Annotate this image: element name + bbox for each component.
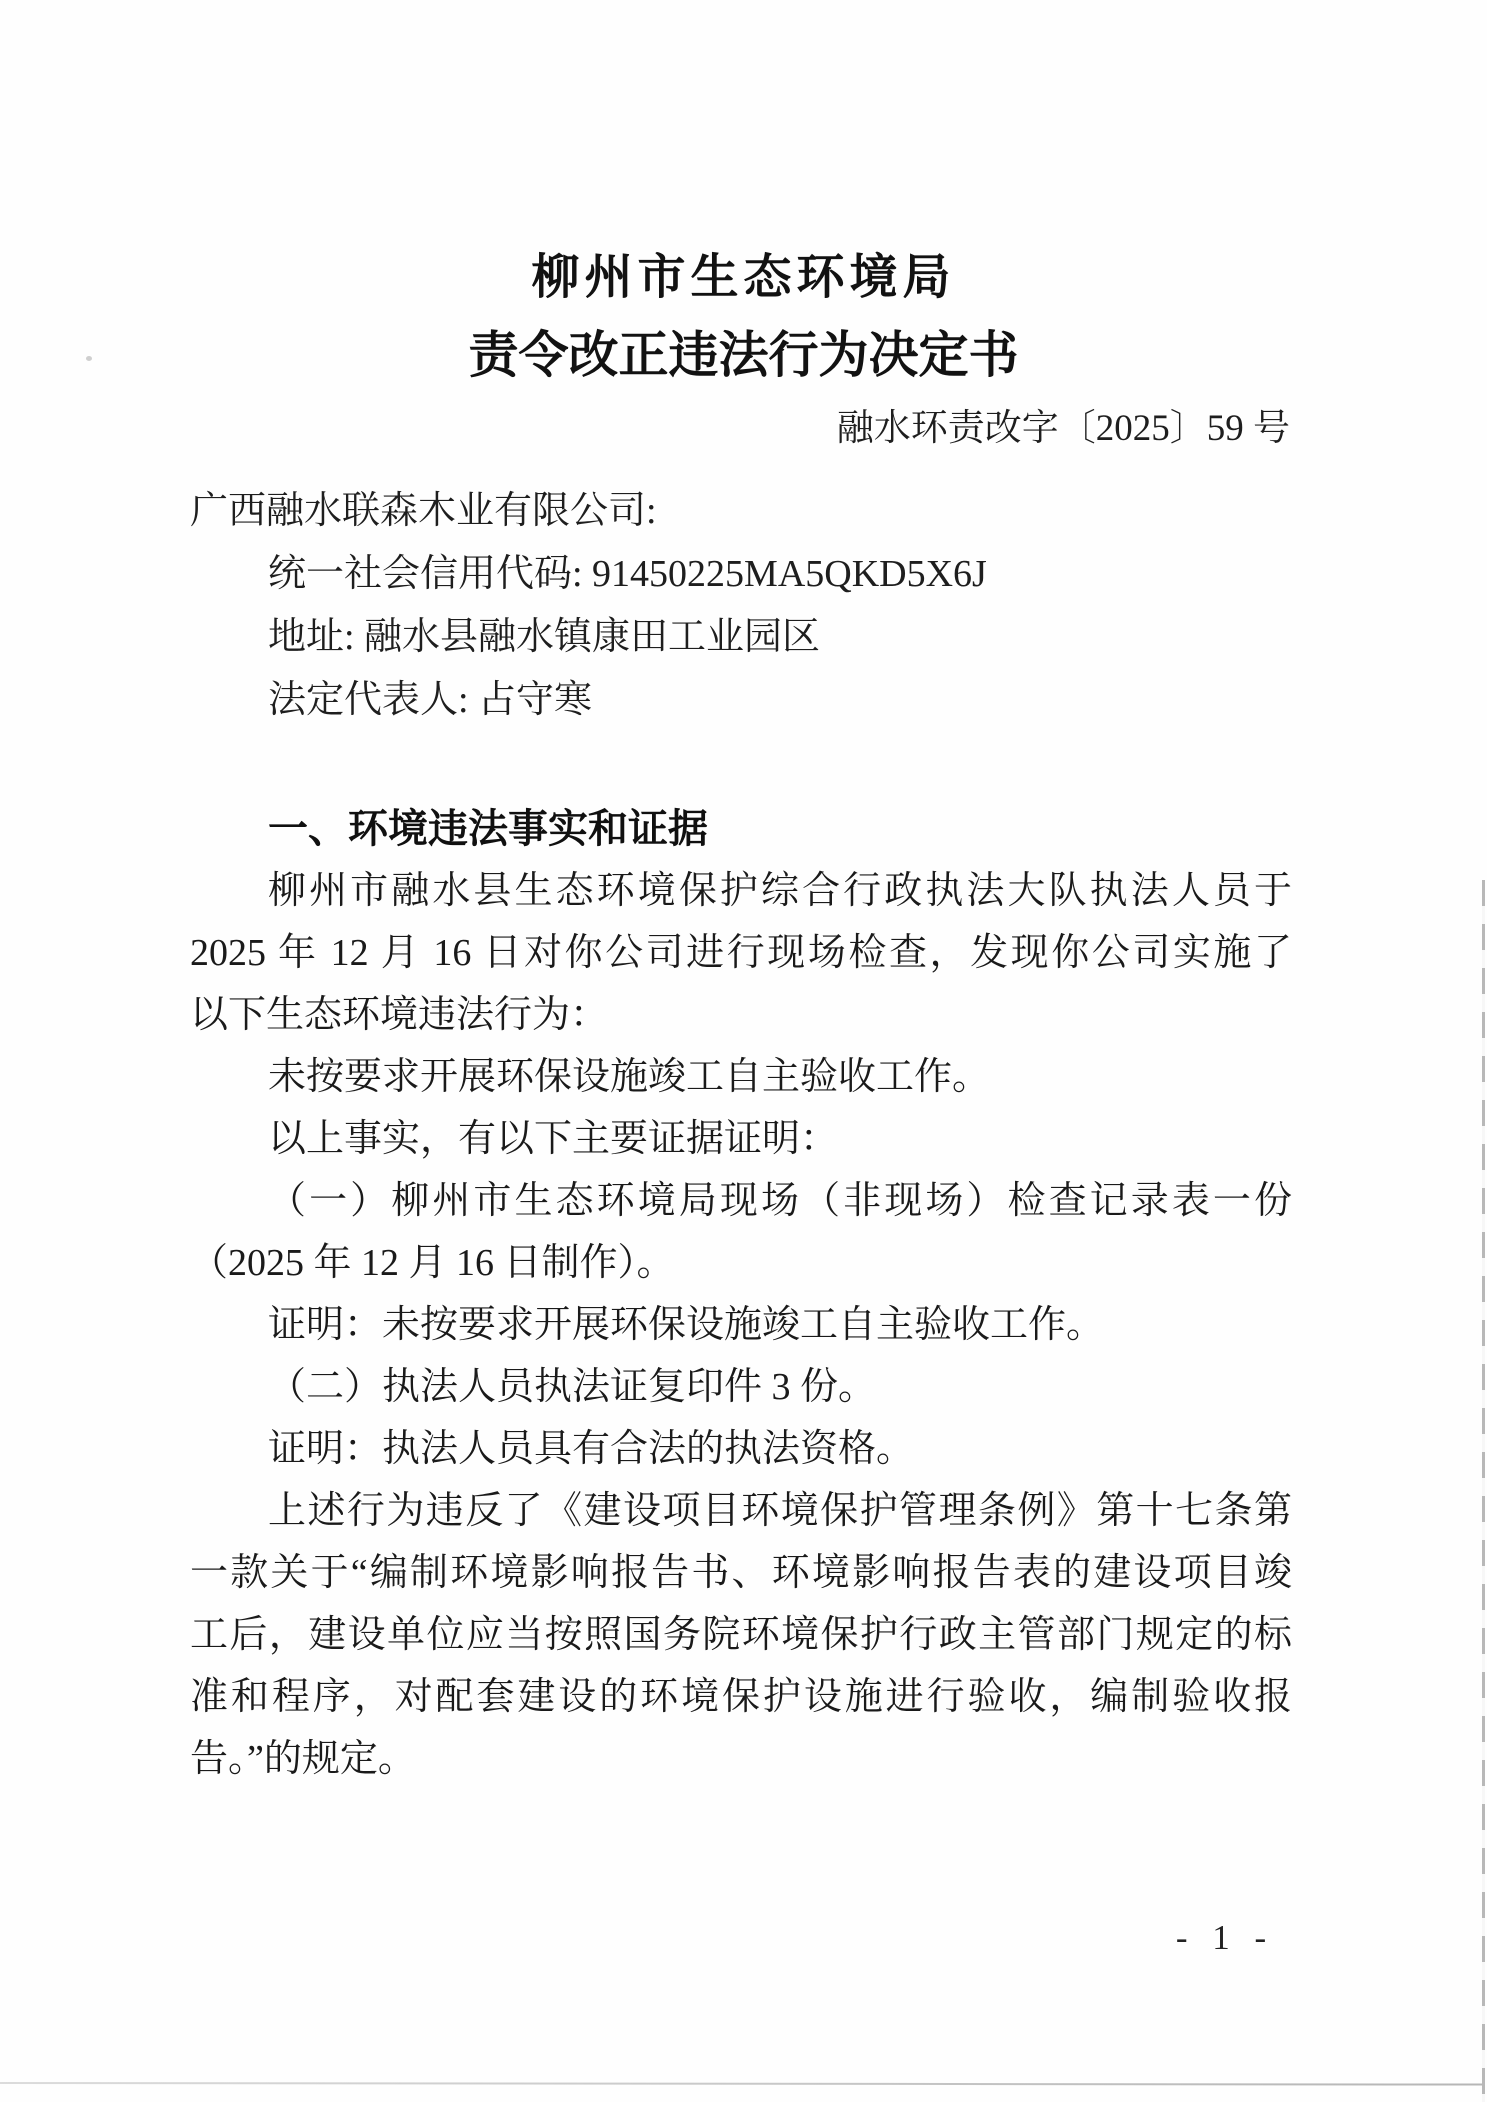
- document-number: 融水环责改字〔2025〕59 号: [190, 406, 1300, 452]
- body-line: 以上事实，有以下主要证据证明：: [190, 1108, 1292, 1170]
- page-number: - 1 -: [1155, 1916, 1295, 1960]
- body-line: 一款关于“编制环境影响报告书、环境影响报告表的建设项目竣: [190, 1542, 1292, 1604]
- body-line: 准和程序，对配套建设的环境保护设施进行验收，编制验收报: [190, 1666, 1292, 1728]
- body-line: （二）执法人员执法证复印件 3 份。: [190, 1356, 1292, 1418]
- document-title-line1: 柳州市生态环境局: [0, 238, 1487, 316]
- body-line: （一）柳州市生态环境局现场（非现场）检查记录表一份: [190, 1170, 1292, 1232]
- document-page: 柳州市生态环境局 责令改正违法行为决定书 融水环责改字〔2025〕59 号 广西…: [0, 0, 1487, 2102]
- body-line: 证明：执法人员具有合法的执法资格。: [190, 1418, 1292, 1480]
- scan-edge-vertical-line: [1482, 880, 1485, 2102]
- recipient-block: 广西融水联森木业有限公司: 统一社会信用代码: 91450225MA5QKD5X…: [190, 480, 1300, 732]
- body-line: 柳州市融水县生态环境保护综合行政执法大队执法人员于: [190, 860, 1292, 922]
- body-line: 上述行为违反了《建设项目环境保护管理条例》第十七条第: [190, 1480, 1292, 1542]
- recipient-legal-representative: 法定代表人: 占守寒: [190, 669, 1300, 732]
- document-header: 柳州市生态环境局 责令改正违法行为决定书: [0, 238, 1487, 394]
- body-line: 2025 年 12 月 16 日对你公司进行现场检查，发现你公司实施了: [190, 922, 1292, 984]
- body-line: 告。”的规定。: [190, 1728, 1292, 1790]
- scan-speck: [86, 356, 92, 361]
- document-title-line2: 责令改正违法行为决定书: [0, 316, 1487, 394]
- recipient-company: 广西融水联森木业有限公司:: [190, 480, 1300, 543]
- body-line: 证明：未按要求开展环保设施竣工自主验收工作。: [190, 1294, 1292, 1356]
- body-line: 工后，建设单位应当按照国务院环境保护行政主管部门规定的标: [190, 1604, 1292, 1666]
- body-line: 以下生态环境违法行为：: [190, 984, 1292, 1046]
- recipient-address: 地址: 融水县融水镇康田工业园区: [190, 606, 1300, 669]
- body-line: （2025 年 12 月 16 日制作）。: [190, 1232, 1292, 1294]
- document-body: 一、环境违法事实和证据 柳州市融水县生态环境保护综合行政执法大队执法人员于 20…: [190, 798, 1292, 1790]
- body-line: 未按要求开展环保设施竣工自主验收工作。: [190, 1046, 1292, 1108]
- section-heading: 一、环境违法事实和证据: [190, 798, 1292, 860]
- recipient-credit-code: 统一社会信用代码: 91450225MA5QKD5X6J: [190, 543, 1300, 606]
- scan-edge-horizontal-line: [0, 2082, 1482, 2086]
